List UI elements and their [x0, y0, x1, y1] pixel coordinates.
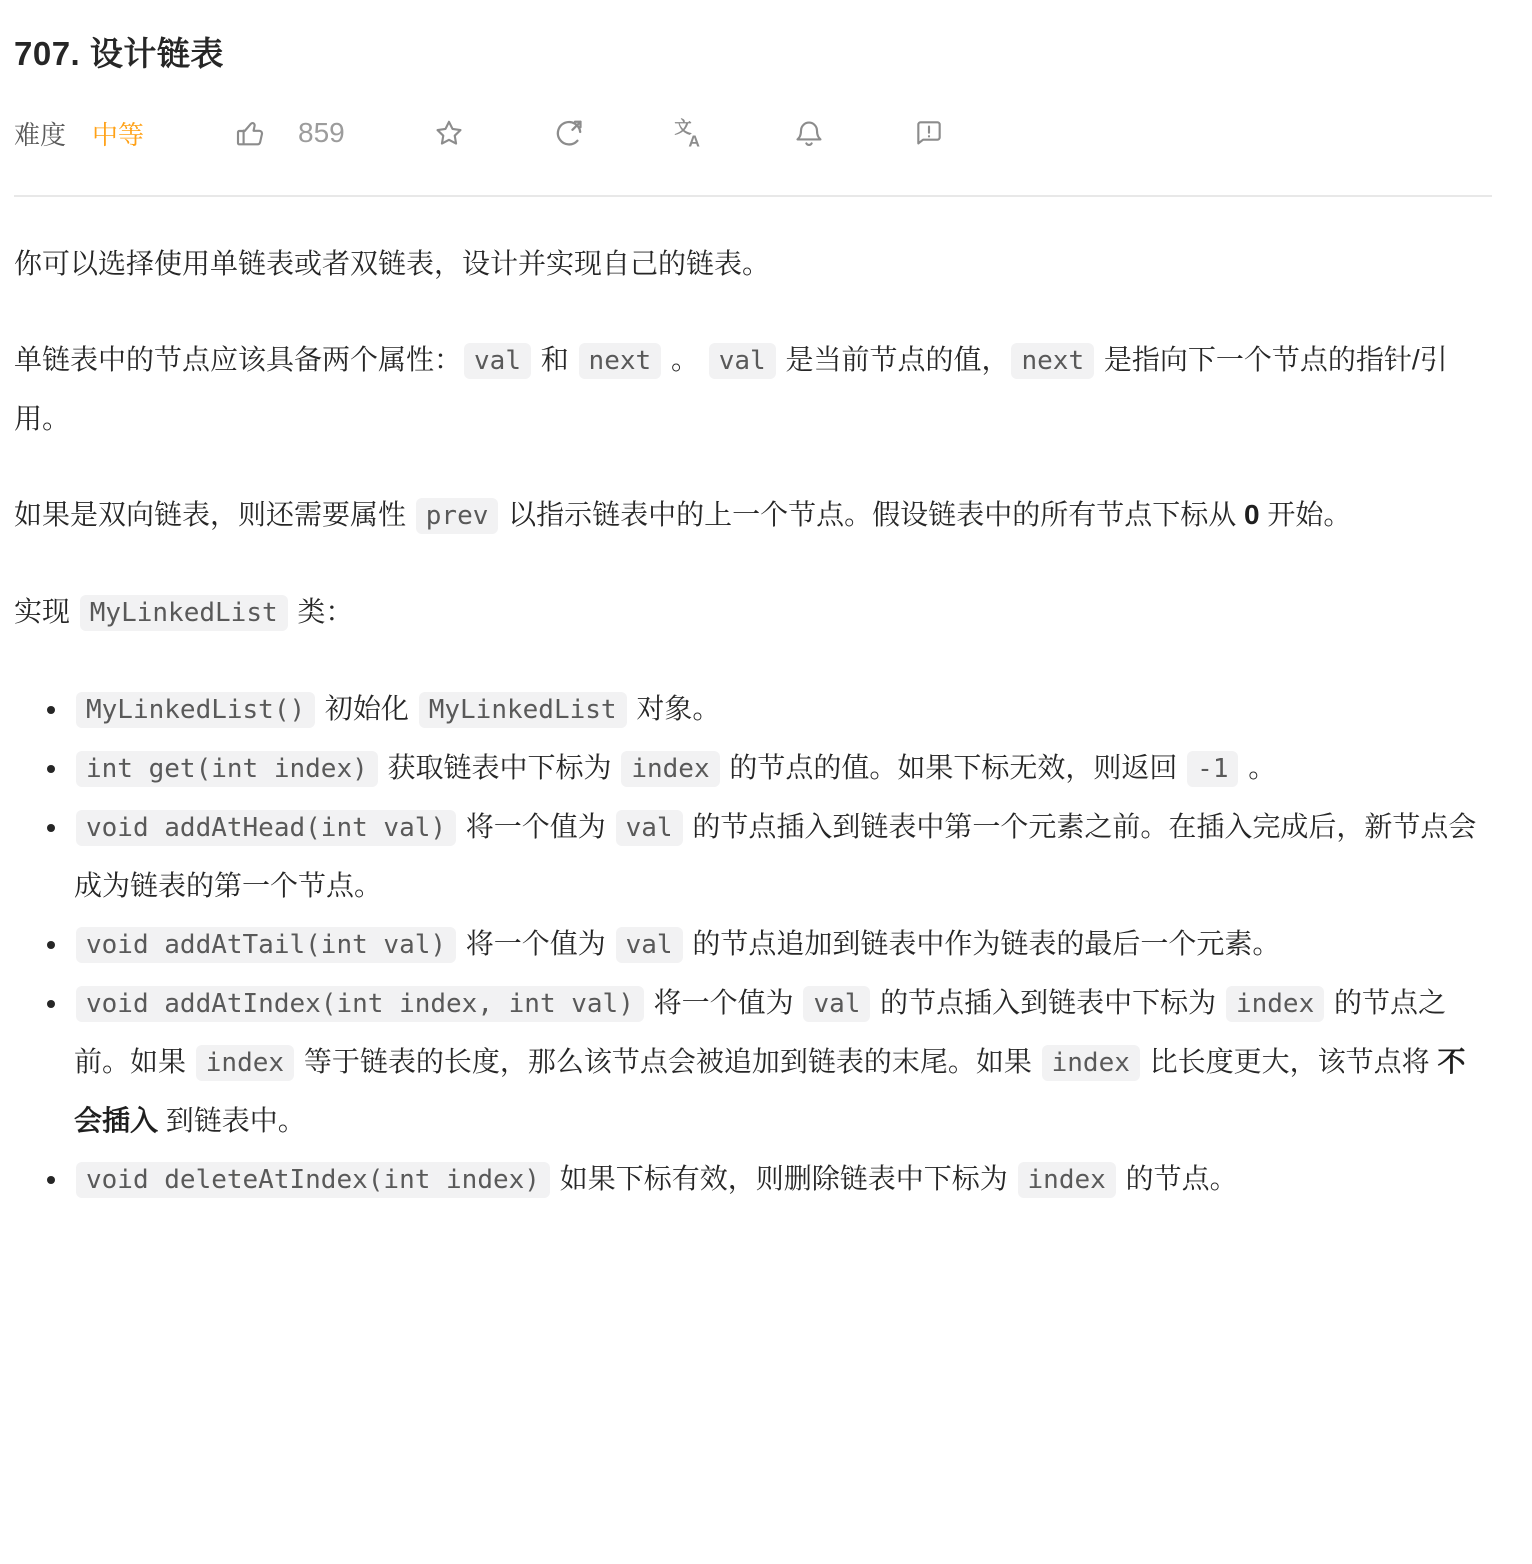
inline-code: val [464, 343, 531, 379]
list-item: void addAtTail(int val) 将一个值为 val 的节点追加到… [70, 915, 1492, 974]
inline-code: void addAtIndex(int index, int val) [76, 986, 644, 1022]
inline-code: -1 [1187, 751, 1238, 787]
difficulty-label: 难度 [14, 115, 66, 152]
bell-icon [793, 117, 825, 149]
inline-code: val [803, 986, 870, 1022]
problem-page: 707. 设计链表 难度 中等 859 [0, 0, 1532, 1564]
like-button[interactable]: 859 [234, 117, 345, 149]
list-item: void addAtIndex(int index, int val) 将一个值… [70, 974, 1492, 1150]
inline-code: index [196, 1045, 294, 1081]
inline-code: index [1018, 1162, 1116, 1198]
paragraph: 实现 MyLinkedList 类： [14, 583, 1492, 642]
inline-code: MyLinkedList [80, 595, 288, 631]
list-item: void deleteAtIndex(int index) 如果下标有效，则删除… [70, 1150, 1492, 1209]
svg-text:A: A [688, 133, 700, 149]
list-item: MyLinkedList() 初始化 MyLinkedList 对象。 [70, 680, 1492, 739]
problem-title: 707. 设计链表 [14, 28, 1492, 75]
bold-text: 0 [1244, 499, 1260, 530]
inline-code: val [709, 343, 776, 379]
inline-code: index [621, 751, 719, 787]
list-item: void addAtHead(int val) 将一个值为 val 的节点插入到… [70, 798, 1492, 915]
paragraph: 如果是双向链表，则还需要属性 prev 以指示链表中的上一个节点。假设链表中的所… [14, 486, 1492, 545]
inline-code: MyLinkedList() [76, 692, 315, 728]
meta-bar: 难度 中等 859 [14, 113, 1492, 153]
inline-code: prev [416, 498, 499, 534]
like-count: 859 [298, 117, 345, 149]
inline-code: next [1011, 343, 1094, 379]
inline-code: MyLinkedList [419, 692, 627, 728]
subscribe-button[interactable] [793, 117, 825, 149]
thumbs-up-icon [234, 117, 266, 149]
paragraph: 单链表中的节点应该具备两个属性：val 和 next 。 val 是当前节点的值… [14, 331, 1492, 448]
translate-icon: 文 A [673, 117, 705, 149]
share-button[interactable] [553, 117, 585, 149]
inline-code: val [616, 810, 683, 846]
description-list: MyLinkedList() 初始化 MyLinkedList 对象。int g… [14, 680, 1492, 1209]
feedback-button[interactable] [913, 117, 945, 149]
list-item: int get(int index) 获取链表中下标为 index 的节点的值。… [70, 739, 1492, 798]
divider [14, 195, 1492, 197]
inline-code: index [1226, 986, 1324, 1022]
inline-code: void addAtTail(int val) [76, 927, 456, 963]
circular-arrow-icon [553, 117, 585, 149]
star-icon [433, 117, 465, 149]
feedback-bubble-icon [913, 117, 945, 149]
favorite-button[interactable] [433, 117, 465, 149]
inline-code: val [616, 927, 683, 963]
inline-code: void addAtHead(int val) [76, 810, 456, 846]
inline-code: next [579, 343, 662, 379]
inline-code: int get(int index) [76, 751, 378, 787]
paragraph: 你可以选择使用单链表或者双链表，设计并实现自己的链表。 [14, 235, 1492, 293]
problem-description: 你可以选择使用单链表或者双链表，设计并实现自己的链表。单链表中的节点应该具备两个… [14, 235, 1492, 1209]
inline-code: index [1042, 1045, 1140, 1081]
translate-button[interactable]: 文 A [673, 117, 705, 149]
inline-code: void deleteAtIndex(int index) [76, 1162, 550, 1198]
description-paragraphs: 你可以选择使用单链表或者双链表，设计并实现自己的链表。单链表中的节点应该具备两个… [14, 235, 1492, 642]
difficulty-badge: 中等 [92, 115, 144, 152]
